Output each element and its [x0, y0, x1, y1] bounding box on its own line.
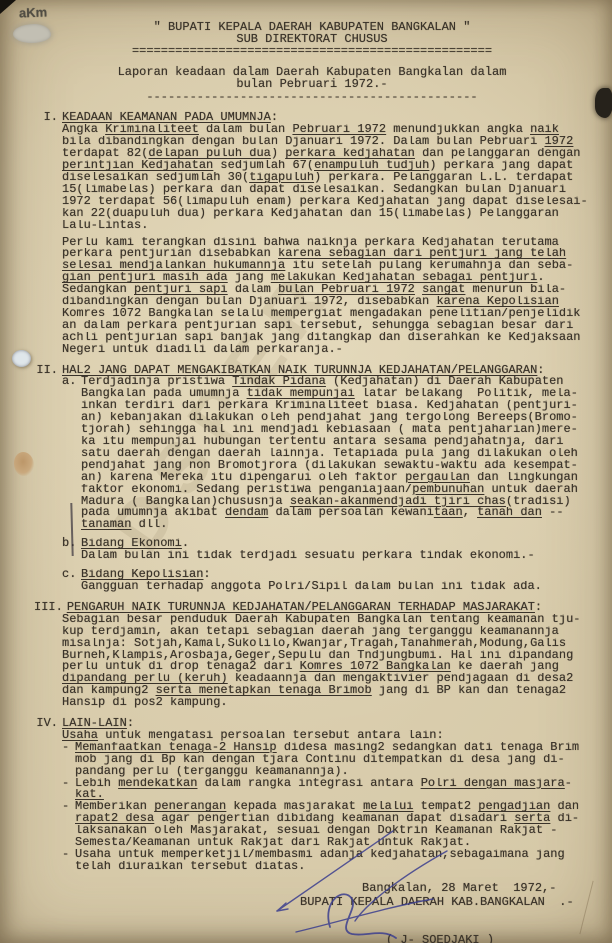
text-line: Usaha untuk memperketjil/membasmi adanja… [75, 849, 590, 861]
text-line: Negeri untuk diadili dalam perkaranja.- [62, 344, 590, 356]
section-heading-row: I.KEADAAN KEAMANAN PADA UMUMNJA: [34, 112, 590, 124]
section-body: Sebagian besar penduduk Daerah Kabupaten… [62, 614, 590, 709]
text-line: ka itu mempunjai hubungan tertentu antar… [81, 436, 590, 448]
text-line: Usaha untuk mengatasi persoalan tersebut… [62, 730, 590, 742]
text-line: satu daerah dengan daerah lainnja. Tetap… [81, 448, 590, 460]
item-label: - [62, 801, 75, 849]
text-line: rapat2 desa agar pengertian dibidang kea… [75, 813, 590, 825]
paragraph: Sebagian besar penduduk Daerah Kabupaten… [62, 614, 590, 709]
paper-stain [13, 24, 51, 43]
text-line: dan kampung2 serta menetapkan tenaga Bri… [62, 685, 590, 697]
text-line: Angka Kriminaliteet dalam bulan Pebruari… [62, 124, 590, 136]
text-line: Komres 1072 Bangkalan selalu mempergiat … [62, 308, 590, 320]
item-label: c. [62, 569, 81, 593]
item-label: - [62, 778, 75, 802]
text-line: an dalam perkara pentjurian sapi tersebu… [62, 320, 590, 332]
signature-name: ( J- SOEDJAKI ) [386, 935, 590, 943]
signature-place-date: Bangkalan, 28 Maret 1972,- [362, 883, 590, 895]
paragraph: a.Terdjadinja pristiwa Tindak Pidana (Ke… [62, 376, 590, 531]
text-line: perintjian Kedjahatan sedjumlah 67(enamp… [62, 160, 590, 172]
text-line: Memberikan penerangan kepada masjarakat … [75, 801, 590, 813]
section-heading-row: III.PENGARUH NAIK TURUNNJA KEDJAHATAN/PE… [34, 602, 590, 614]
report-caption: Laporan keadaan dalam Daerah Kabupaten B… [34, 67, 590, 104]
item-lines: Bidang Kepolisian:Gangguan terhadap angg… [81, 569, 590, 593]
text-line: Sebagian besar penduduk Daerah Kabupaten… [62, 614, 590, 626]
text-line: Dalam bulan ini tidak terdjadi sesuatu p… [81, 550, 590, 562]
text-line: an) kebanjakan dilakukan oleh pendjahat … [81, 412, 590, 424]
item-lines: Memanfaatkan tenaga-2 Hansip didesa masi… [75, 742, 590, 778]
list-item: -Memberikan penerangan kepada masjarakat… [62, 801, 590, 849]
section-heading: KEADAAN KEAMANAN PADA UMUMNJA: [62, 112, 278, 124]
text-line: bila dibandingkan dengan bulan Djanuari … [62, 136, 590, 148]
signature-office-title: BUPATI KEPALA DAERAH KAB.BANGKALAN .- [300, 897, 590, 909]
section-numeral: III. [34, 602, 67, 614]
text-line: perlu untuk di drop tenaga2 dari Komres … [62, 661, 590, 673]
item-lines: Memberikan penerangan kepada masjarakat … [75, 801, 590, 849]
text-line: Perlu kami terangkan disini bahwa naiknj… [62, 237, 590, 249]
text-line: laksanakan oleh Masjarakat, sesuai denga… [75, 825, 590, 837]
item-label: - [62, 849, 75, 873]
item-lines: Lebih mendekatkan dalam rangka integrasi… [75, 778, 590, 802]
text-line: Hansip di pos2 kampung. [62, 697, 590, 709]
text-line: pada umumnja akibat dendam dalam persoal… [81, 507, 590, 519]
item-lines: Sebagian besar penduduk Daerah Kabupaten… [62, 614, 590, 709]
punch-hole [12, 350, 31, 367]
edge-ink-blot [595, 88, 612, 118]
text-line: kup terdjamin, akan tetapi sebagian daer… [62, 626, 590, 638]
section-body: Angka Kriminaliteet dalam bulan Pebruari… [62, 124, 590, 355]
list-item: -Memanfaatkan tenaga-2 Hansip didesa mas… [62, 742, 590, 778]
text-line: diselesaikan sedjumlah 30(tigapuluh) per… [62, 172, 590, 184]
section-heading: PENGARUH NAIK TURUNNJA KEDJAHATAN/PELANG… [67, 602, 542, 614]
text-line: Bidang Ekonomi. [81, 538, 590, 550]
text-line: gian pentjuri masih ada jang melakukan K… [62, 272, 590, 284]
section-iv: IV.LAIN-LAIN:Usaha untuk mengatasi perso… [34, 718, 590, 873]
signature-block: Bangkalan, 28 Maret 1972,- BUPATI KEPALA… [34, 883, 590, 943]
text-line: Lebih mendekatkan dalam rangka integrasi… [75, 778, 590, 790]
paper-stain [14, 452, 34, 476]
text-line: 15(limabelas) perkara dan dapat diselesa… [62, 184, 590, 196]
caption-underline: ----------------------------------------… [34, 92, 590, 104]
list-item: -Usaha untuk memperketjil/membasmi adanj… [62, 849, 590, 873]
text-line: tanaman dll. [81, 519, 590, 531]
text-line: Burneh,Klampis,Arosbaja,Geger,Sepulu dan… [62, 650, 590, 662]
item-label: - [62, 742, 75, 778]
text-line: mob jang di Bp kan dengan tjara Continu … [75, 754, 590, 766]
handwritten-annotation: aKm [19, 5, 48, 21]
paragraph: Perlu kami terangkan disini bahwa naiknj… [62, 237, 590, 356]
text-line: Terdjadinja pristiwa Tindak Pidana (Kedj… [81, 376, 590, 388]
item-lines: Angka Kriminaliteet dalam bulan Pebruari… [62, 124, 590, 231]
section-numeral: IV. [34, 718, 62, 730]
report-caption-line2: bulan Pebruari 1972.- [34, 79, 590, 91]
text-line: Gangguan terhadap anggota Polri/Sipil da… [81, 581, 590, 593]
item-lines: Bidang Ekonomi.Dalam bulan ini tidak ter… [81, 538, 590, 562]
section-i: I.KEADAAN KEAMANAN PADA UMUMNJA:Angka Kr… [34, 112, 590, 355]
section-body: a.Terdjadinja pristiwa Tindak Pidana (Ke… [62, 376, 590, 592]
section-heading-row: IV.LAIN-LAIN: [34, 718, 590, 730]
corner-shadow [0, 0, 16, 14]
text-line: kan 22(duapuluh dua) perkara Kedjahatan … [62, 208, 590, 220]
paragraph: c.Bidang Kepolisian:Gangguan terhadap an… [62, 569, 590, 593]
text-line: Lalu-Lintas. [62, 220, 590, 232]
scanned-document-page: { "page": { "annotation_topleft": "aKm",… [0, 0, 612, 943]
text-line: an) karena Mereka itu dipengarui oleh fa… [81, 472, 590, 484]
paragraph: b.Bidang Ekonomi.Dalam bulan ini tidak t… [62, 538, 590, 562]
item-lines: Usaha untuk memperketjil/membasmi adanja… [75, 849, 590, 873]
paper-background: DSPER " BUPATI KEPALA DAERAH KABUPATEN B… [0, 0, 612, 943]
text-line: terdapat 82(delapan puluh dua) perkara k… [62, 148, 590, 160]
text-line: 1972 terdapat 56(limapuluh enam) perkara… [62, 196, 590, 208]
document-body: " BUPATI KEPALA DAERAH KABUPATEN BANGKAL… [34, 22, 590, 943]
text-line: Memanfaatkan tenaga-2 Hansip didesa masi… [75, 742, 590, 754]
list-item: -Lebih mendekatkan dalam rangka integras… [62, 778, 590, 802]
text-line: tjorah) sehingga hal ini mendjadi kebias… [81, 424, 590, 436]
section-numeral: II. [34, 365, 62, 377]
item-lines: Terdjadinja pristiwa Tindak Pidana (Kedj… [81, 376, 590, 531]
text-line: pendjahat jang non Bromotjrora (dilakuka… [81, 460, 590, 472]
text-line: Madura ( Bangkalan)chususnja seakan-akan… [81, 496, 590, 508]
section-iii: III.PENGARUH NAIK TURUNNJA KEDJAHATAN/PE… [34, 602, 590, 709]
text-line: telah diuraikan tersebut diatas. [75, 861, 590, 873]
section-ii: II.HAL2 JANG DAPAT MENGAKIBATKAN NAIK TU… [34, 365, 590, 593]
section-numeral: I. [34, 112, 62, 124]
text-line: pandang perlu (terganggu keamanannja). [75, 766, 590, 778]
text-line: selesai mendjalankan hukumannja itu sete… [62, 260, 590, 272]
text-line: kat. [75, 789, 590, 801]
text-line: Semesta/Keamanan untuk Rakjat dari Rakja… [75, 837, 590, 849]
text-line: inkan terdiri dari perkara Kriminaliteet… [81, 400, 590, 412]
section-body: Usaha untuk mengatasi persoalan tersebut… [62, 730, 590, 873]
text-line: Bidang Kepolisian: [81, 569, 590, 581]
text-line: Bangkalan pada umumnja tidak mempunjai l… [81, 388, 590, 400]
text-line: Sedangkan pentjuri sapi dalam bulan Pebr… [62, 284, 590, 296]
item-lines: Perlu kami terangkan disini bahwa naiknj… [62, 237, 590, 356]
header-divider: ========================================… [34, 46, 590, 58]
text-line: perkara pentjurian disebabkan karena seb… [62, 248, 590, 260]
text-line: misalnja: Sotjah,Kamal,Sukolilo,Kwanjar,… [62, 638, 590, 650]
sections-container: I.KEADAAN KEAMANAN PADA UMUMNJA:Angka Kr… [34, 112, 590, 872]
section-heading-row: II.HAL2 JANG DAPAT MENGAKIBATKAN NAIK TU… [34, 365, 590, 377]
item-lines: Usaha untuk mengatasi persoalan tersebut… [62, 730, 590, 742]
text-line: dibandingkan dengan bulan Djanuari 1972,… [62, 296, 590, 308]
section-heading: LAIN-LAIN: [62, 718, 134, 730]
text-line: dipandang perlu (keruh) keadaannja dan m… [62, 673, 590, 685]
text-line: achli pentjurian sapi banjak jang ditang… [62, 332, 590, 344]
text-line: faktor ekonomi. Sedang peristiwa pengani… [81, 484, 590, 496]
paragraph: Usaha untuk mengatasi persoalan tersebut… [62, 730, 590, 742]
section-heading: HAL2 JANG DAPAT MENGAKIBATKAN NAIK TURUN… [62, 365, 544, 377]
paragraph: Angka Kriminaliteet dalam bulan Pebruari… [62, 124, 590, 231]
